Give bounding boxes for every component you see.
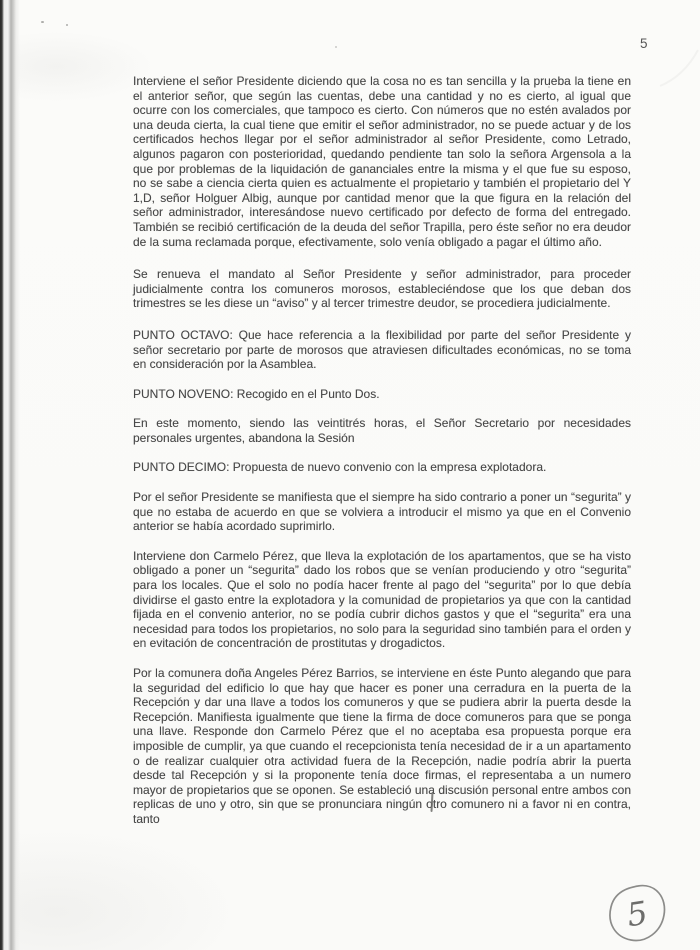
paragraph: Interviene el señor Presidente diciendo …: [133, 74, 631, 249]
paragraph: PUNTO OCTAVO: Que hace referencia a la f…: [133, 328, 631, 372]
document-body: Interviene el señor Presidente diciendo …: [133, 74, 631, 842]
paragraphs: Interviene el señor Presidente diciendo …: [133, 74, 631, 827]
scan-speck: [41, 21, 44, 23]
page-number: 5: [640, 36, 648, 51]
paragraph: Por la comunera doña Angeles Pérez Barri…: [133, 666, 631, 827]
scan-edge-strip: [0, 0, 20, 950]
paragraph: Interviene don Carmelo Pérez, que lleva …: [133, 549, 631, 651]
scan-speck: [335, 46, 337, 48]
handwritten-page-number: 5: [624, 894, 650, 935]
scanned-page: 5 Interviene el señor Presidente diciend…: [0, 0, 700, 950]
scan-speck: [66, 24, 68, 26]
paragraph: Se renueva el mandato al Señor President…: [133, 267, 631, 311]
scan-curve-artifact: [658, 48, 700, 88]
handwritten-circled-page-number: 5: [596, 874, 678, 950]
paragraph: En este momento, siendo las veintitrés h…: [133, 416, 631, 445]
paragraph: PUNTO NOVENO: Recogido en el Punto Dos.: [133, 387, 631, 402]
paragraph: Por el señor Presidente se manifiesta qu…: [133, 490, 631, 534]
paragraph: PUNTO DECIMO: Propuesta de nuevo conveni…: [133, 460, 631, 475]
